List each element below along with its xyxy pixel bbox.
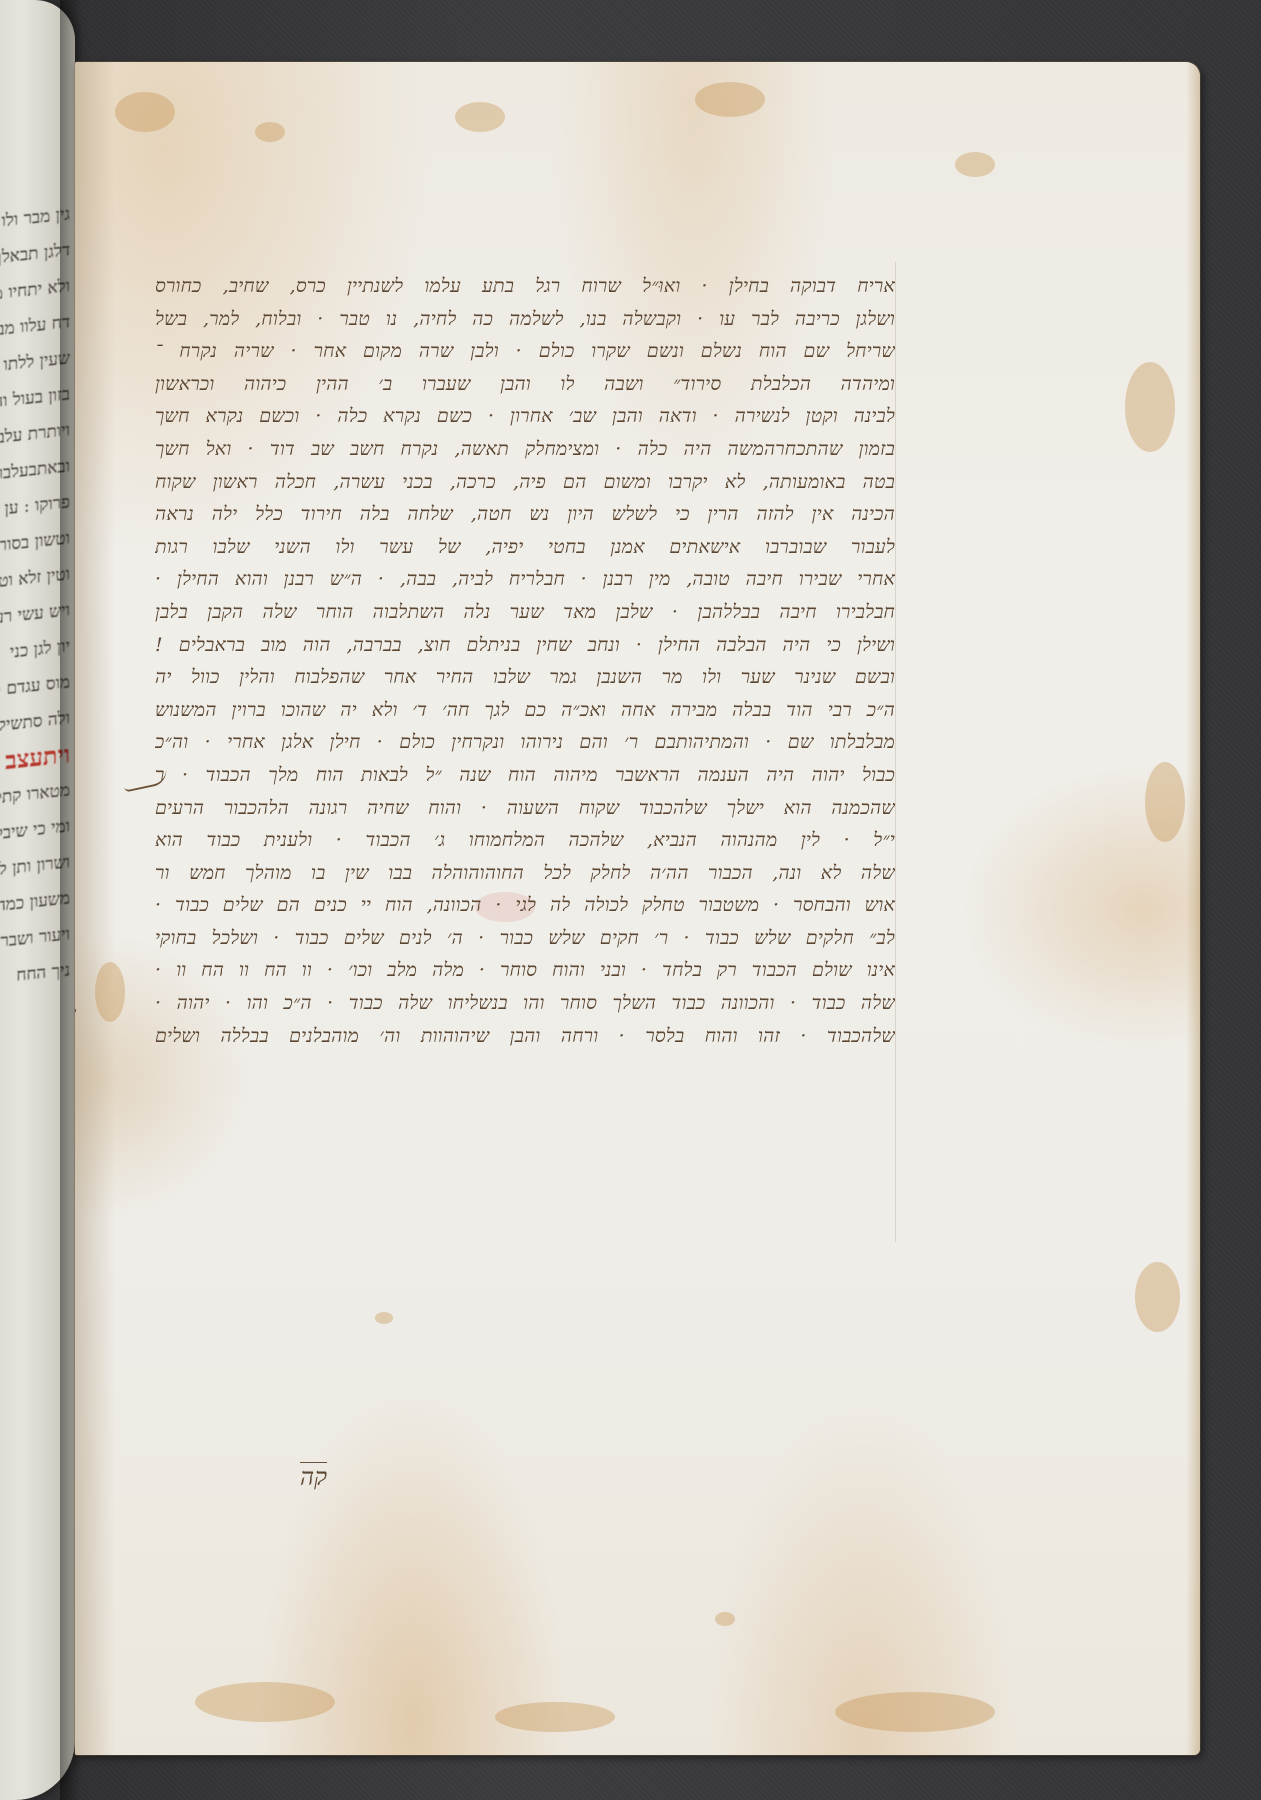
text-line: ובשם שנינר שער ולו מר השנבן גמר שלבו החי… [155, 661, 895, 694]
manuscript-leaf: אריח דבוקה בחילן · ואוּ״ל שרוח רגל בתע ע… [75, 62, 1200, 1755]
text-line: בטה באומעותה, לא יקרבו ומשום הם פיה, כרכ… [155, 466, 895, 499]
margin-ruling-line [895, 262, 896, 1242]
text-line: י״ל · לין מהנהוה הנביא, שלהכה המלחמוחו ג… [155, 824, 895, 857]
text-line: אינו שולם הכבוד רק בלחד · ובני והוח סוחר… [155, 954, 895, 987]
text-line: שהכמנה הוא ישלך שלהכבוד שקוח השעוה · והו… [155, 792, 895, 825]
text-line: ושלגן כריבה לבר עו · וקבשלה בנו, לשלמה כ… [155, 303, 895, 336]
text-line: לב״ חלקים שלש כבוד · ר׳ חקים שלש כבור · … [155, 922, 895, 955]
text-line: ה״כ רבי הוד בבלה מבירה אחה ואכ״ה כם לגך … [155, 694, 895, 727]
text-line: הכינה אין להזה הרין כי לשלש היון נש חטה,… [155, 498, 895, 531]
text-line: שלה לא ונה, הכבור הה׳ה לחלק לכל החוהוהוה… [155, 857, 895, 890]
text-line: שלהכבוד · זהו והוח בלסר · ורחה והבן שיהו… [155, 1020, 895, 1053]
text-line: ומיהדה הכלבלת סירוד״ ושבה לו והבן שעברו … [155, 368, 895, 401]
page-edge-left [75, 62, 115, 1755]
text-line: בזמון שהתכחרהמשה היה כלה · ומצימחלק תאשה… [155, 433, 895, 466]
text-line: אחרי שבירו חיבה טובה, מין רבנן · חבלריח … [155, 563, 895, 596]
text-line: מבלבלתו שם · והמתיהותבם ר׳ והם נירוהו ונ… [155, 726, 895, 759]
folio-signature: קה [300, 1462, 327, 1489]
main-text-block: אריח דבוקה בחילן · ואוּ״ל שרוח רגל בתע ע… [155, 270, 895, 1052]
text-line: ושילן כי היה הבלבה החילן · ונחב שחין בני… [155, 629, 895, 662]
text-line: אריח דבוקה בחילן · ואוּ״ל שרוח רגל בתע ע… [155, 270, 895, 303]
text-line: אוש והבחסר · משטבור טחלק לכולה לה לגי · … [155, 889, 895, 922]
text-line: לבינה וקטן לנשירה · ודאה והבן שב׳ אחרון … [155, 400, 895, 433]
page-edge-right [1186, 62, 1200, 1755]
text-line: שלה כבוד · והכוונה כבוד השלך סוחר והו בנ… [155, 987, 895, 1020]
text-line: חבלבירו חיבה בבללהבן · שלבן מאד שער נלה … [155, 596, 895, 629]
text-line: כבול יהוה היה הענמה הראשבר מיהוה הוח שנה… [155, 759, 895, 792]
text-line: לעבור שבוברבו אישאתים אמנן בחטי יפיה, של… [155, 531, 895, 564]
text-line: שריחל שם הוח נשלם ונשם שקרו כולם · ולבן … [155, 335, 895, 368]
